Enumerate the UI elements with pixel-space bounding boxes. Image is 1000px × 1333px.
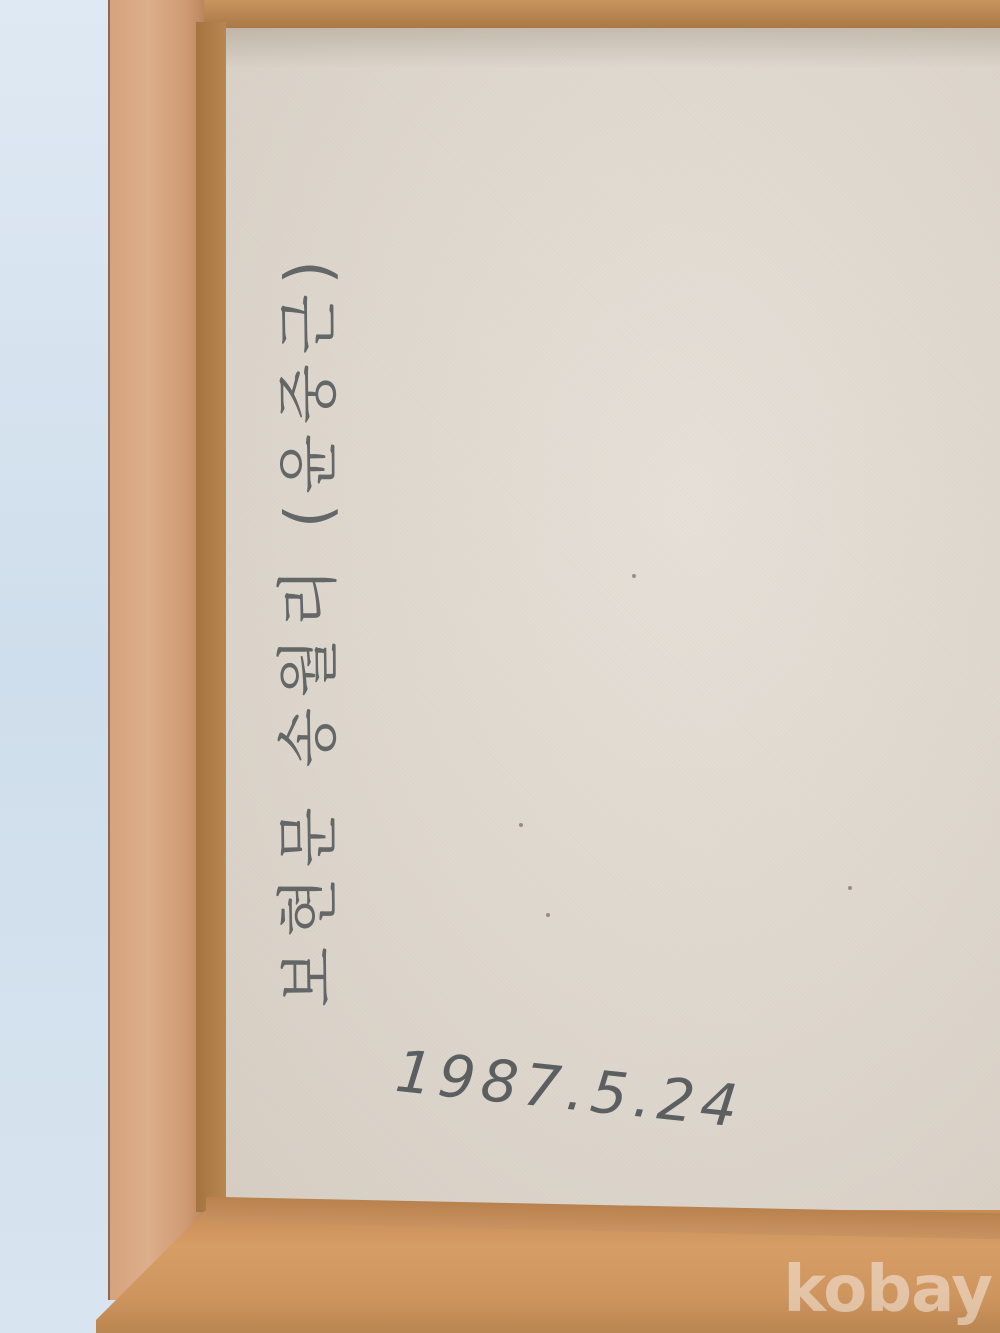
frame-left-rail: [108, 0, 206, 1300]
canvas-speck: [546, 913, 550, 917]
canvas-speck: [632, 574, 636, 578]
canvas-speck: [848, 886, 852, 890]
frame-left-inner-edge: [196, 22, 226, 1212]
canvas-speck: [519, 823, 523, 827]
canvas-top-shadow: [224, 28, 1000, 68]
frame-top-rail: [204, 0, 1000, 30]
handwritten-title-inscription: 보현문 송월리 (윤중근): [258, 250, 348, 1150]
kobay-watermark: kobay: [783, 1253, 992, 1327]
wall-background: [0, 0, 110, 1333]
